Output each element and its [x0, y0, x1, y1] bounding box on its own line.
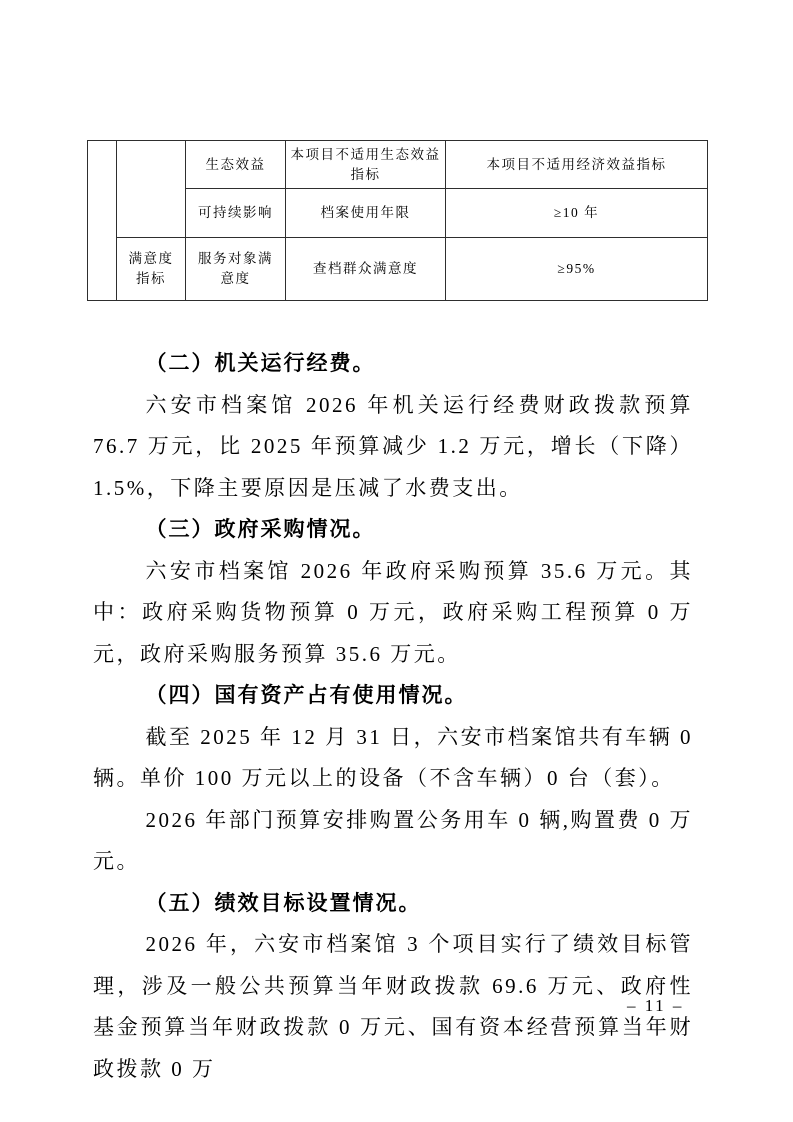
section-heading-2: （二）机关运行经费。 — [93, 343, 693, 385]
paragraph: 截至 2025 年 12 月 31 日，六安市档案馆共有车辆 0 辆。单价 10… — [93, 717, 693, 800]
table-cell-level1-spacer — [88, 141, 117, 301]
table-cell-indicator-sustain: 档案使用年限 — [286, 189, 446, 238]
document-body: （二）机关运行经费。 六安市档案馆 2026 年机关运行经费财政拨款预算 76.… — [93, 343, 693, 1090]
section-heading-4: （四）国有资产占有使用情况。 — [93, 675, 693, 717]
table-cell-satisfaction-label: 满意度 指标 — [117, 238, 186, 301]
table-cell-value-satisfaction: ≥95% — [446, 238, 708, 301]
page-number: – 11 – — [627, 996, 684, 1016]
table-cell-level2-eco: 生态效益 — [186, 141, 286, 189]
paragraph: 2026 年，六安市档案馆 3 个项目实行了绩效目标管理，涉及一般公共预算当年财… — [93, 924, 693, 1090]
paragraph: 六安市档案馆 2026 年机关运行经费财政拨款预算 76.7 万元，比 2025… — [93, 385, 693, 510]
table-row-satisfaction: 满意度 指标 服务对象满 意度 查档群众满意度 ≥95% — [88, 238, 708, 301]
paragraph: 六安市档案馆 2026 年政府采购预算 35.6 万元。其中：政府采购货物预算 … — [93, 551, 693, 676]
table-cell-indicator-eco: 本项目不适用生态效益 指标 — [286, 141, 446, 189]
table-cell-value-eco: 本项目不适用经济效益指标 — [446, 141, 708, 189]
section-heading-3: （三）政府采购情况。 — [93, 509, 693, 551]
table-cell-category-blank — [117, 141, 186, 238]
table-cell-level2-sustain: 可持续影响 — [186, 189, 286, 238]
paragraph: 2026 年部门预算安排购置公务用车 0 辆,购置费 0 万元。 — [93, 800, 693, 883]
document-page: 生态效益 本项目不适用生态效益 指标 本项目不适用经济效益指标 可持续影响 档案… — [0, 0, 793, 1122]
section-heading-5: （五）绩效目标设置情况。 — [93, 883, 693, 925]
performance-indicator-table: 生态效益 本项目不适用生态效益 指标 本项目不适用经济效益指标 可持续影响 档案… — [87, 140, 708, 301]
table-row-eco-benefit: 生态效益 本项目不适用生态效益 指标 本项目不适用经济效益指标 — [88, 141, 708, 189]
table-cell-value-sustain: ≥10 年 — [446, 189, 708, 238]
table-cell-indicator-satisfaction: 查档群众满意度 — [286, 238, 446, 301]
table-cell-level2-satisfaction: 服务对象满 意度 — [186, 238, 286, 301]
